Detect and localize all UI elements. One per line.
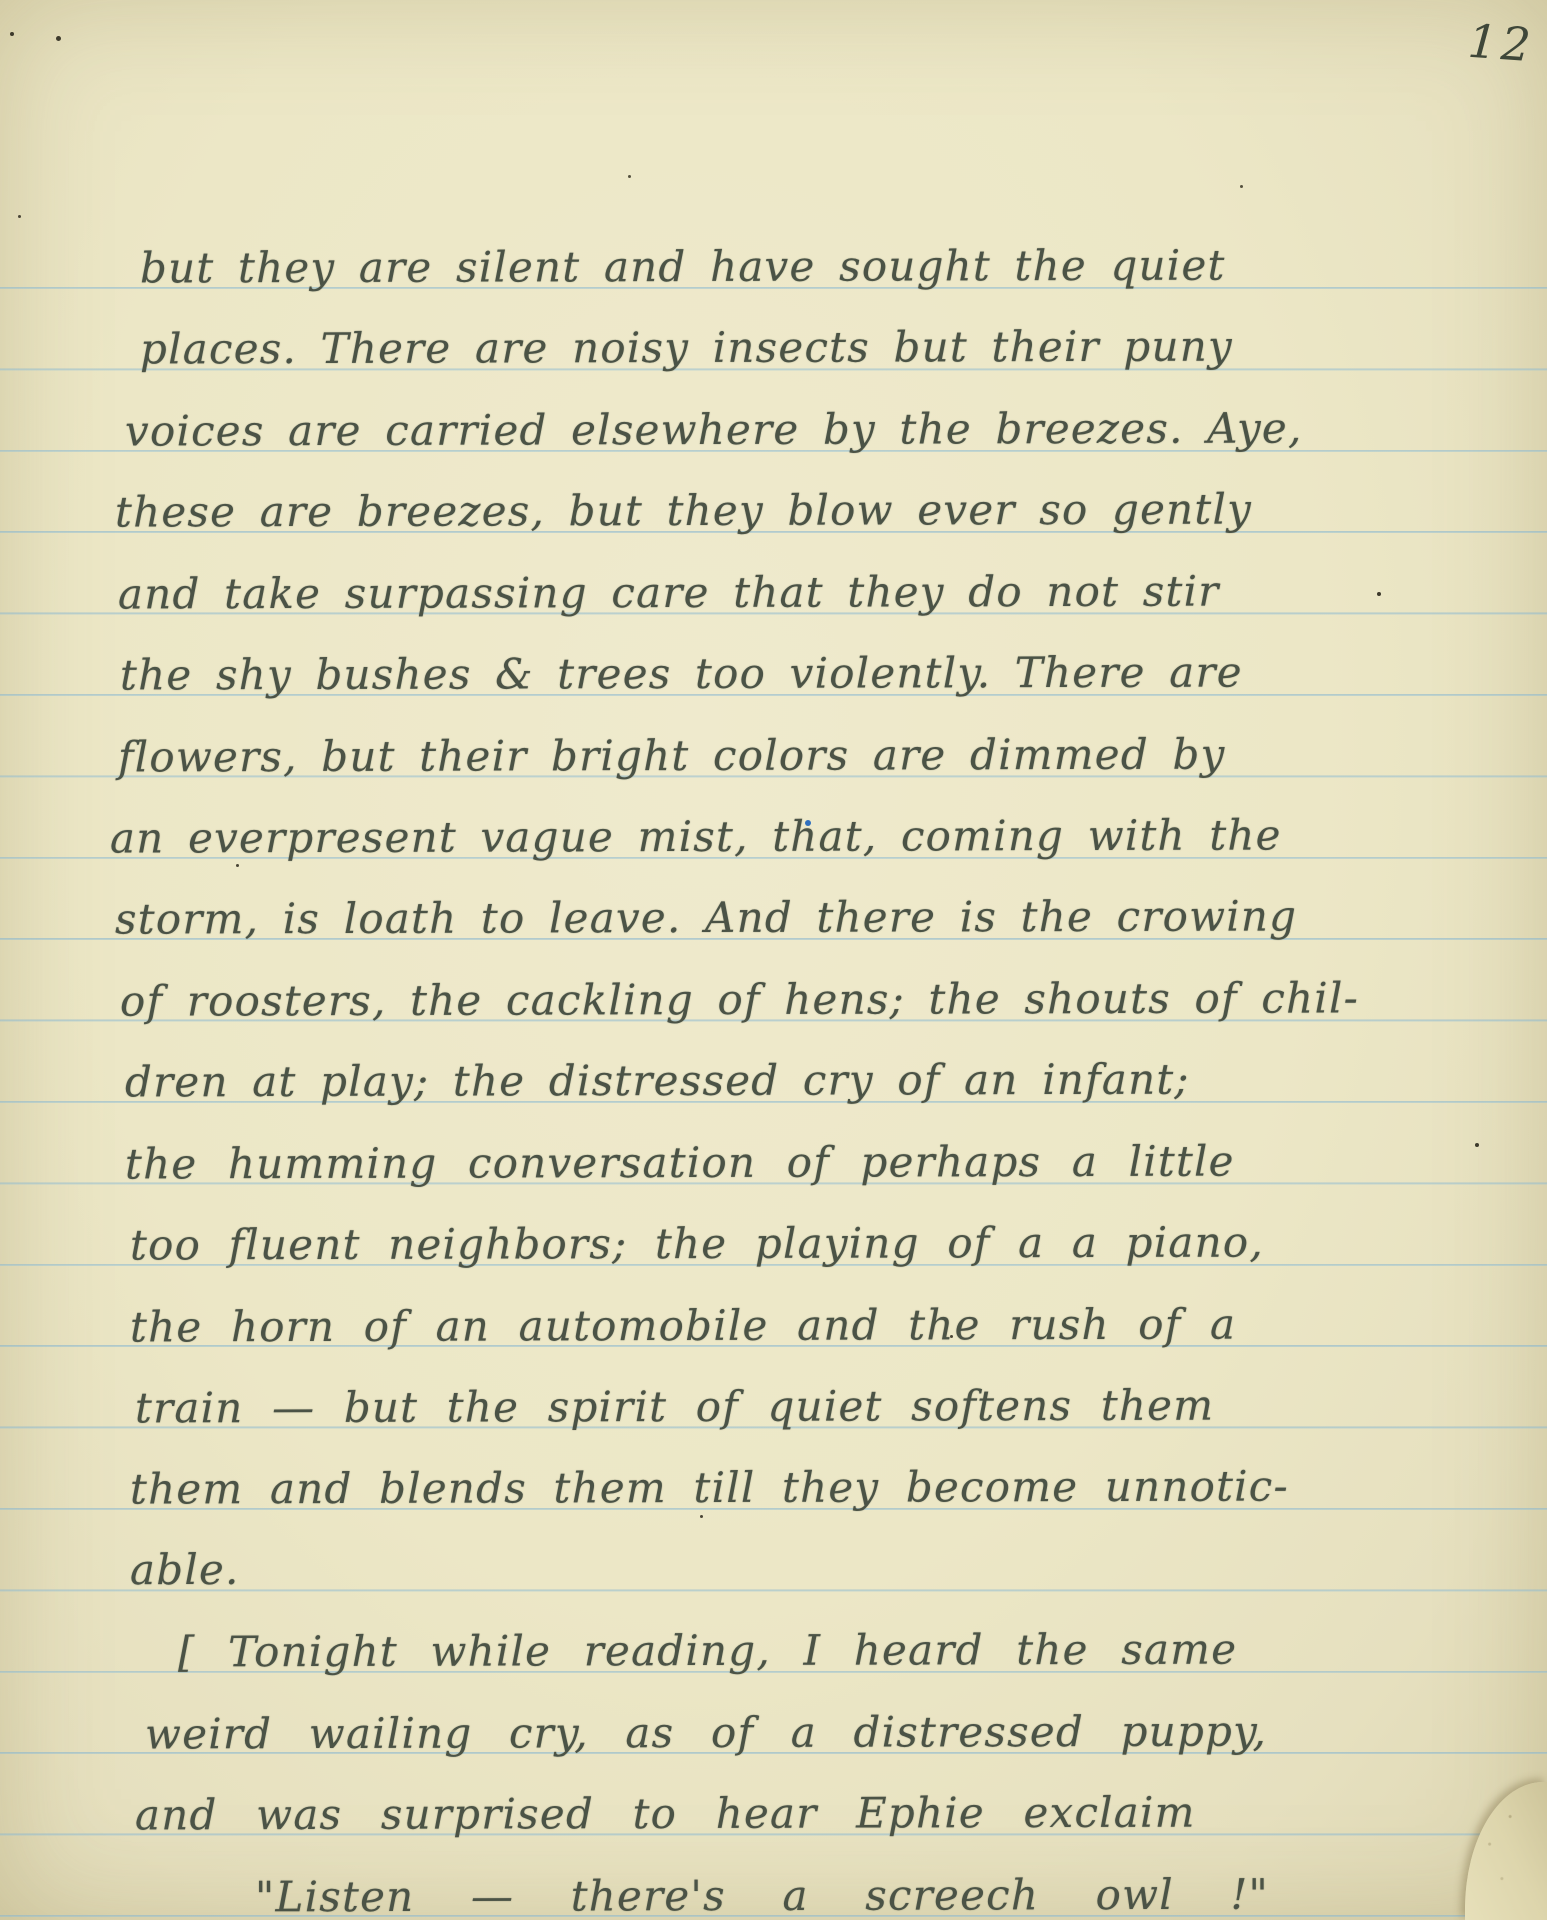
page-number: 12	[1466, 14, 1536, 73]
paper-speck	[18, 215, 21, 218]
handwritten-line: an everpresent vague mist, that, coming …	[110, 807, 1282, 866]
handwritten-line: the shy bushes & trees too violently. Th…	[120, 645, 1243, 704]
handwritten-line: weird wailing cry, as of a distressed pu…	[145, 1704, 1267, 1763]
paper-speck	[628, 175, 631, 178]
handwritten-line: and take surpassing care that they do no…	[118, 564, 1220, 623]
handwritten-line: them and blends them till they become un…	[130, 1458, 1289, 1517]
paper-speck	[56, 36, 61, 41]
handwritten-line: able.	[130, 1542, 240, 1598]
handwritten-line: storm, is loath to leave. And there is t…	[115, 888, 1297, 947]
paper-speck	[10, 32, 14, 36]
handwritten-line: but they are silent and have sought the …	[140, 238, 1226, 297]
handwritten-line: voices are carried elsewhere by the bree…	[125, 400, 1303, 459]
handwritten-line: train — but the spirit of quiet softens …	[135, 1378, 1214, 1437]
handwritten-line: too fluent neighbors; the playing of a a…	[130, 1215, 1264, 1274]
journal-page: 12 but they are silent and have sought t…	[0, 0, 1547, 1920]
page-curl	[1465, 1782, 1547, 1920]
handwritten-line: dren at play; the distressed cry of an i…	[125, 1052, 1190, 1111]
handwritten-line: [ Tonight while reading, I heard the sam…	[178, 1622, 1237, 1681]
paper-speck	[1377, 592, 1381, 596]
handwritten-line: places. There are noisy insects but thei…	[140, 319, 1233, 378]
handwritten-line: and was surprised to hear Ephie exclaim	[135, 1785, 1196, 1844]
handwritten-line: flowers, but their bright colors are dim…	[118, 727, 1226, 786]
handwritten-line: of roosters, the cackling of hens; the s…	[120, 970, 1359, 1029]
handwritten-line: these are breezes, but they blow ever so…	[115, 482, 1252, 541]
paper-speck	[1240, 185, 1243, 188]
paper-speck	[1475, 1143, 1479, 1147]
handwritten-line: the humming conversation of perhaps a li…	[125, 1134, 1235, 1193]
handwritten-line: "Listen — there's a screech owl !"	[255, 1867, 1269, 1920]
handwritten-line: the horn of an automobile and the rush o…	[130, 1297, 1236, 1356]
